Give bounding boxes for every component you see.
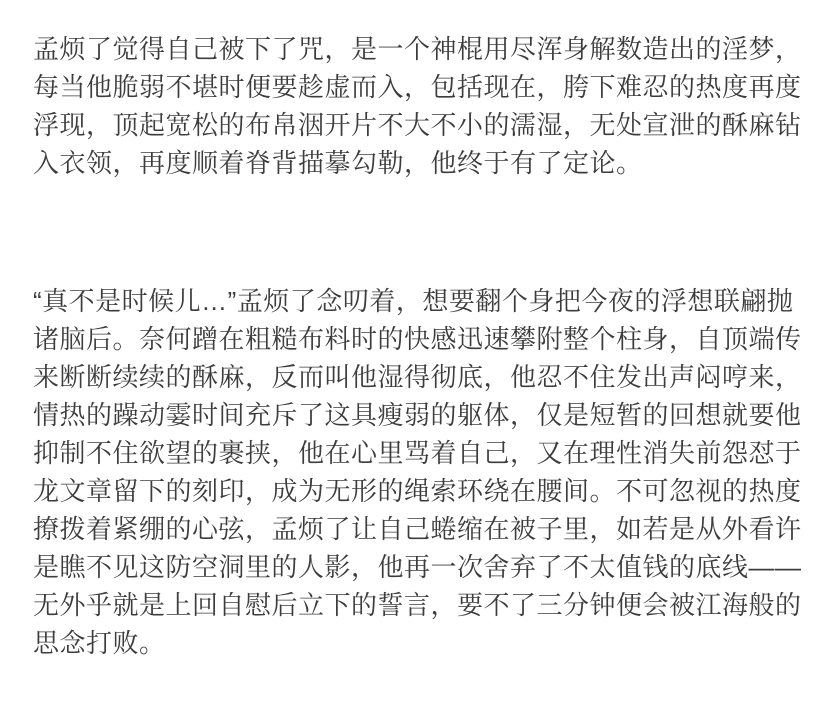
paragraph-1: 孟烦了觉得自己被下了咒，是一个神棍用尽浑身解数造出的淫梦， 每当他脆弱不堪时便要…: [33, 30, 804, 182]
text-page: 孟烦了觉得自己被下了咒，是一个神棍用尽浑身解数造出的淫梦， 每当他脆弱不堪时便要…: [0, 0, 828, 701]
paragraph-2: “真不是时候儿…”孟烦了念叨着，想要翻个身把今夜的浮想联翩抛 诸脑后。奈何蹭在粗…: [33, 282, 804, 662]
